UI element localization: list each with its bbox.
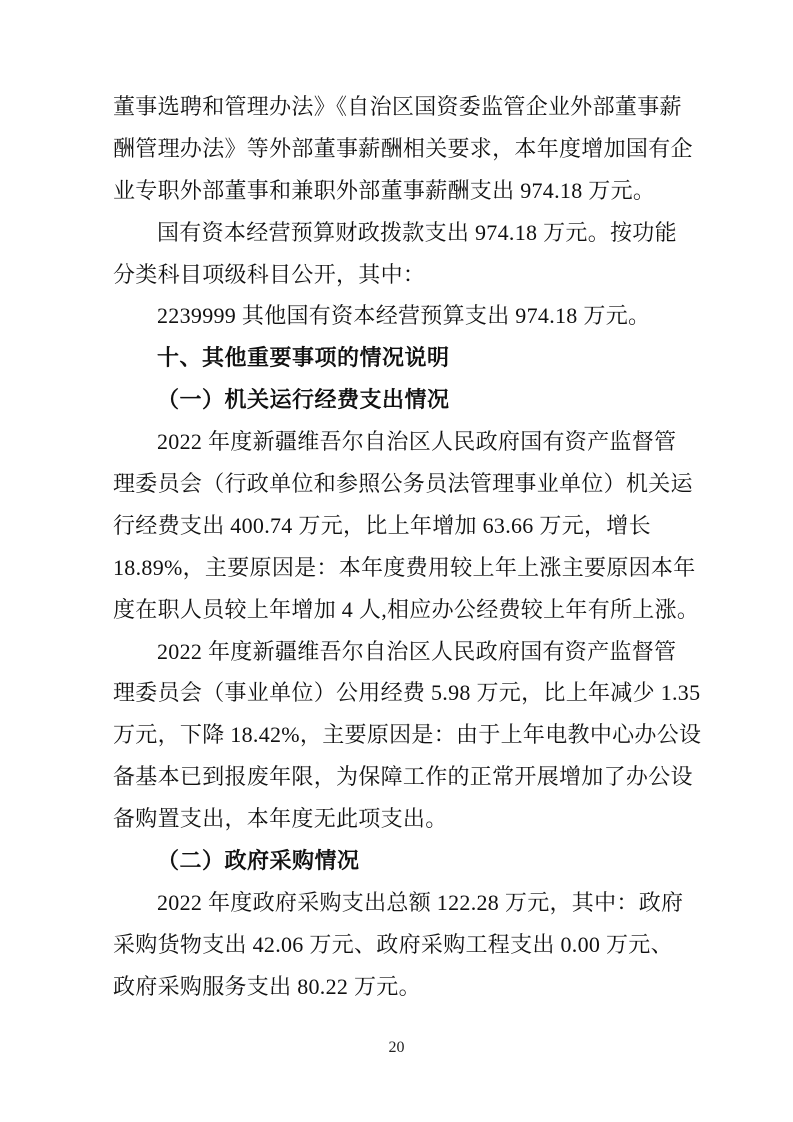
text-line: 备基本已到报废年限，为保障工作的正常开展增加了办公设 xyxy=(113,756,679,798)
text-line: 行经费支出 400.74 万元，比上年增加 63.66 万元，增长 xyxy=(113,505,679,547)
text-line: 国有资本经营预算财政拨款支出 974.18 万元。按功能 xyxy=(113,212,679,254)
section-heading: 十、其他重要事项的情况说明 xyxy=(113,337,679,379)
text-line: 备购置支出，本年度无此项支出。 xyxy=(113,798,679,840)
text-line: 政府采购服务支出 80.22 万元。 xyxy=(113,966,679,1008)
text-line: 理委员会（行政单位和参照公务员法管理事业单位）机关运 xyxy=(113,463,679,505)
text-line: 度在职人员较上年增加 4 人,相应办公经费较上年有所上涨。 xyxy=(113,589,679,631)
text-line: 分类科目项级科目公开，其中： xyxy=(113,254,679,296)
text-line: 采购货物支出 42.06 万元、政府采购工程支出 0.00 万元、 xyxy=(113,924,679,966)
text-line: 2022 年度新疆维吾尔自治区人民政府国有资产监督管 xyxy=(113,421,679,463)
text-line: 2022 年度新疆维吾尔自治区人民政府国有资产监督管 xyxy=(113,631,679,673)
text-line: 2239999 其他国有资本经营预算支出 974.18 万元。 xyxy=(113,295,679,337)
text-line: 董事选聘和管理办法》《自治区国资委监管企业外部董事薪 xyxy=(113,86,679,128)
text-line: 2022 年度政府采购支出总额 122.28 万元，其中：政府 xyxy=(113,882,679,924)
document-body: 董事选聘和管理办法》《自治区国资委监管企业外部董事薪酬管理办法》等外部董事薪酬相… xyxy=(113,86,679,1008)
text-line: 业专职外部董事和兼职外部董事薪酬支出 974.18 万元。 xyxy=(113,170,679,212)
document-page: 董事选聘和管理办法》《自治区国资委监管企业外部董事薪酬管理办法》等外部董事薪酬相… xyxy=(0,0,793,1122)
page-number: 20 xyxy=(0,1038,793,1058)
section-heading: （二）政府采购情况 xyxy=(113,840,679,882)
text-line: 酬管理办法》等外部董事薪酬相关要求，本年度增加国有企 xyxy=(113,128,679,170)
text-line: 理委员会（事业单位）公用经费 5.98 万元，比上年减少 1.35 xyxy=(113,672,679,714)
section-heading: （一）机关运行经费支出情况 xyxy=(113,379,679,421)
text-line: 万元，下降 18.42%，主要原因是：由于上年电教中心办公设 xyxy=(113,714,679,756)
text-line: 18.89%，主要原因是：本年度费用较上年上涨主要原因本年 xyxy=(113,547,679,589)
